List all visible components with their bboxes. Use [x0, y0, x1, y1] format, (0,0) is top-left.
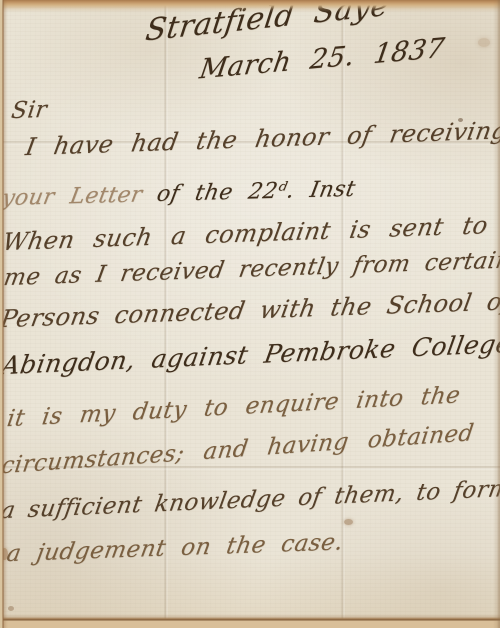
letter-page: Stratfield Saye March 25. 1837 Sir I hav… — [0, 0, 500, 628]
body-line-2-faint-part: your Letter — [0, 182, 144, 211]
stain-spot — [344, 519, 353, 525]
stain-spot — [478, 38, 490, 47]
salutation: Sir — [10, 99, 49, 123]
body-line-2-rest: of the 22ᵈ. Inst — [155, 177, 358, 207]
stain-spot — [8, 606, 14, 611]
